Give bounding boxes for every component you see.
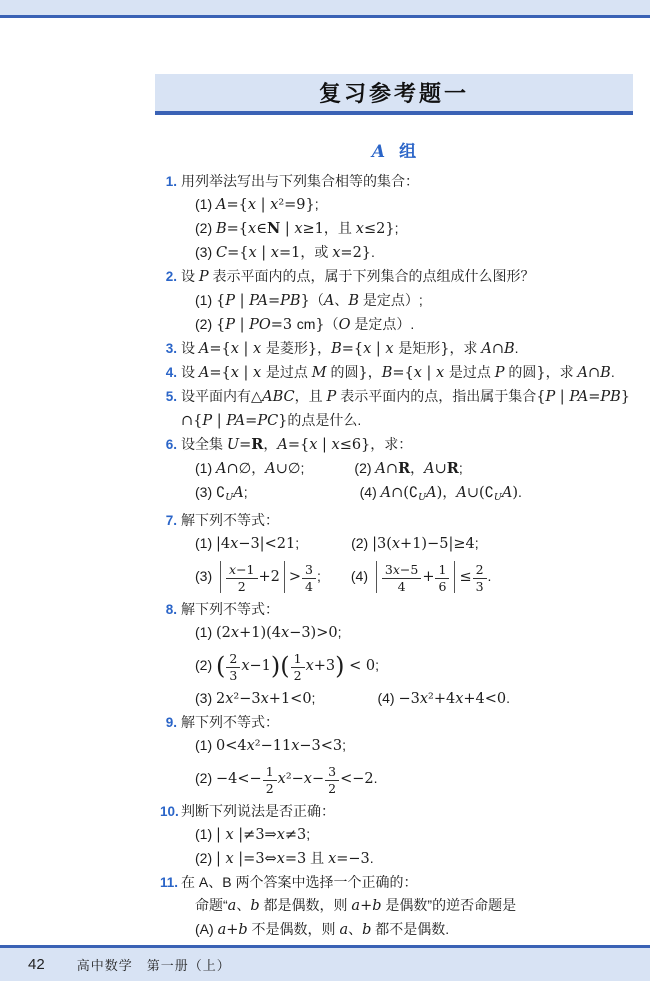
math-variable: x xyxy=(225,691,233,707)
problem-item: 2.设 P 表示平面内的点，属于下列集合的点组成什么图形？(1) {P | PA… xyxy=(160,265,642,337)
math-run: 2x²−3x+1<0 xyxy=(216,691,312,707)
text-run: 设 xyxy=(181,268,199,284)
text-run: 都不是偶数. xyxy=(371,921,449,937)
math-variable: x xyxy=(291,738,299,754)
math-run: O xyxy=(339,317,351,333)
text-run: 表示平面内的点，属于下列集合的点组成什么图形？ xyxy=(209,268,535,284)
section-letter: A xyxy=(372,142,385,162)
problem-body: 解下列不等式：(1) (2x+1)(4x−3)>0;(2) (23x−1)(12… xyxy=(181,598,642,711)
problem-line: (1) A∩∅，A∪∅;(2) A∩R，A∪R; xyxy=(181,457,642,481)
text-run: 是定点）. xyxy=(351,316,415,332)
page-number: 42 xyxy=(28,956,45,973)
text-run: (1) xyxy=(195,196,216,212)
text-run: 不是偶数，则 xyxy=(248,921,340,937)
problem-line: (2) {P | PO=3 cm}（O 是定点）. xyxy=(181,313,642,337)
math-subscript: U xyxy=(494,492,502,503)
problems-list: 1.用列举法写出与下列集合相等的集合：(1) A={x | x²=9};(2) … xyxy=(160,170,642,966)
problem-line: 设平面内有△ABC，且 P 表示平面内的点，指出属于集合{P | PA=PB} xyxy=(181,385,642,409)
math-variable: x xyxy=(231,341,239,357)
section-label: 组 xyxy=(399,142,416,161)
text-run: ， xyxy=(368,364,382,380)
math-run: A∩B xyxy=(578,365,611,381)
math-variable: x xyxy=(231,625,239,641)
math-variable: x xyxy=(231,365,239,381)
math-variable: x xyxy=(278,771,286,787)
math-variable: x xyxy=(436,365,444,381)
fraction-numerator: 3 xyxy=(325,765,339,781)
absolute-value-bar xyxy=(284,561,285,593)
text-run: 且 xyxy=(306,850,328,866)
math-variable: B xyxy=(504,341,515,357)
column-gap xyxy=(299,547,351,548)
problem-item: 9.解下列不等式：(1) 0<4x²−11x−3<3;(2) −4<−12x²−… xyxy=(160,711,642,800)
problem-line: (1) | x |≠3⇒x≠3; xyxy=(181,823,642,847)
text-run: (1) xyxy=(195,460,216,476)
fraction-denominator: 2 xyxy=(263,781,277,796)
section-heading: A组 xyxy=(155,137,633,162)
math-run: B={x | x xyxy=(382,365,449,381)
problem-number: 7. xyxy=(160,509,177,532)
problem-number: 10. xyxy=(160,800,177,823)
math-variable: x xyxy=(277,851,285,867)
text-run: ; xyxy=(244,484,248,500)
text-run: . xyxy=(370,850,374,866)
math-run: P xyxy=(495,365,505,381)
text-run: (2) xyxy=(351,535,372,551)
math-variable: x xyxy=(385,341,393,357)
math-variable: x xyxy=(261,691,269,707)
text-run: 解下列不等式： xyxy=(181,714,279,730)
text-run: (3) xyxy=(195,690,216,706)
problem-line: 解下列不等式： xyxy=(181,711,642,734)
math-variable: PA xyxy=(569,389,588,405)
fraction: 23 xyxy=(226,652,240,684)
math-variable: x xyxy=(271,245,279,261)
math-variable: U xyxy=(227,437,239,453)
textbook-page: { "page": { "title": "复习参考题一", "section_… xyxy=(0,0,650,981)
math-run: a+b xyxy=(218,922,248,938)
fraction-denominator: 4 xyxy=(302,579,316,594)
text-run: ; xyxy=(295,535,299,551)
text-run: ，求 xyxy=(546,364,578,380)
math-variable: A xyxy=(456,485,466,501)
math-run: | x≥1 xyxy=(280,221,324,237)
problem-item: 7.解下列不等式：(1) |4x−3|<21;(2) |3(x+1)−5|≥4;… xyxy=(160,509,642,598)
math-run: a+b xyxy=(351,898,381,914)
math-variable: PA xyxy=(226,413,245,429)
math-run: A∩B xyxy=(481,341,514,357)
math-run: +2 xyxy=(259,569,280,585)
fraction: 16 xyxy=(435,563,449,595)
fraction-denominator: 3 xyxy=(226,668,240,683)
problem-number: 9. xyxy=(160,711,177,734)
text-run: . xyxy=(611,364,615,380)
math-variable: P xyxy=(225,293,235,309)
text-run: （ xyxy=(325,316,339,332)
math-variable: a xyxy=(339,922,348,938)
text-run: ; xyxy=(395,220,399,236)
math-run: | x |=3⇔x=3 xyxy=(216,851,306,867)
math-variable: PA xyxy=(249,293,268,309)
text-run: (1) xyxy=(195,292,216,308)
math-run: {P | PA=PB} xyxy=(536,389,630,405)
math-variable: x xyxy=(294,221,302,237)
problem-line: (2) B={x∈N | x≥1，且 x≤2}; xyxy=(181,217,642,241)
text-run: ，或 xyxy=(300,244,332,260)
fraction-denominator: 3 xyxy=(473,579,487,594)
text-run: (1) xyxy=(195,737,216,753)
fraction-denominator: 2 xyxy=(291,668,305,683)
fraction-denominator: 4 xyxy=(382,579,421,594)
text-run: 设 xyxy=(181,340,199,356)
text-run: (4) xyxy=(360,484,381,500)
math-run: △ABC xyxy=(251,389,295,405)
text-run: 都是偶数，则 xyxy=(260,897,352,913)
math-run: x−1 xyxy=(241,658,271,674)
problem-item: 6.设全集 U=R，A={x | x≤6}，求：(1) A∩∅，A∪∅;(2) … xyxy=(160,433,642,509)
math-variable: x xyxy=(455,691,463,707)
problem-number: 11. xyxy=(160,871,177,894)
math-run: B xyxy=(348,293,359,309)
math-variable: x xyxy=(248,197,256,213)
text-run: ， xyxy=(442,484,456,500)
problem-number: 6. xyxy=(160,433,177,456)
math-run: } xyxy=(315,317,324,333)
math-run: C={x | x=1 xyxy=(216,245,300,261)
math-variable: B xyxy=(382,365,393,381)
text-run: 是过点 xyxy=(266,364,312,380)
problem-line: 命题“a、b 都是偶数，则 a+b 是偶数”的逆否命题是 xyxy=(181,894,642,918)
math-run: <−2 xyxy=(340,771,374,787)
math-variable: O xyxy=(339,317,351,333)
big-paren: ( xyxy=(280,652,289,680)
fraction-numerator: 1 xyxy=(263,765,277,781)
text-run: ，求： xyxy=(370,436,412,452)
math-run: | x |≠3⇒x≠3 xyxy=(216,827,306,843)
text-run: 设全集 xyxy=(181,436,227,452)
fraction-denominator: 2 xyxy=(226,579,258,594)
math-run: |4x−3|<21 xyxy=(216,536,295,552)
problem-item: 5.设平面内有△ABC，且 P 表示平面内的点，指出属于集合{P | PA=PB… xyxy=(160,385,642,433)
math-run: ∩{P | PA=PC} xyxy=(181,413,287,429)
math-run: A∩ xyxy=(375,461,398,477)
fraction-numerator: 1 xyxy=(291,652,305,668)
problem-body: 解下列不等式：(1) 0<4x²−11x−3<3;(2) −4<−12x²−x−… xyxy=(181,711,642,800)
math-run: } xyxy=(358,365,367,381)
math-variable: x xyxy=(420,691,428,707)
text-run: . xyxy=(371,244,375,260)
math-run: A∩(∁ xyxy=(381,485,419,501)
text-run: 是菱形 xyxy=(266,340,308,356)
math-variable: b xyxy=(372,898,381,914)
math-variable: x xyxy=(363,341,371,357)
math-variable: A xyxy=(199,365,209,381)
problem-number: 5. xyxy=(160,385,177,408)
math-variable: x xyxy=(253,365,261,381)
problem-item: 8.解下列不等式：(1) (2x+1)(4x−3)>0;(2) (23x−1)(… xyxy=(160,598,642,711)
text-run: 是定点）; xyxy=(359,292,423,308)
absolute-value-bar xyxy=(220,561,221,593)
math-run: A∪(∁ xyxy=(456,485,494,501)
text-run: ， xyxy=(263,436,277,452)
fraction: 34 xyxy=(302,563,316,595)
math-run: A xyxy=(233,485,243,501)
math-run: −4<− xyxy=(216,771,262,787)
math-run: {P | PA=PB} xyxy=(216,293,310,309)
text-run: （ xyxy=(310,292,324,308)
math-variable: x xyxy=(356,221,364,237)
top-page-band xyxy=(0,0,650,18)
math-variable: A xyxy=(481,341,491,357)
math-variable: x xyxy=(306,658,314,674)
problem-line: 设 A={x | x 是过点 M 的圆}，B={x | x 是过点 P 的圆}，… xyxy=(181,361,642,385)
math-variable: x xyxy=(247,738,255,754)
math-variable: A xyxy=(324,293,334,309)
problem-body: 设全集 U=R，A={x | x≤6}，求：(1) A∩∅，A∪∅;(2) A∩… xyxy=(181,433,642,509)
absolute-value-bar xyxy=(376,561,377,593)
math-variable: A xyxy=(381,485,391,501)
fraction: 12 xyxy=(291,652,305,684)
text-run: 判断下列说法是否正确： xyxy=(181,803,335,819)
text-run: 、 xyxy=(334,292,348,308)
math-variable: x xyxy=(229,562,236,577)
problem-line: (1) A={x | x²=9}; xyxy=(181,193,642,217)
math-variable: P xyxy=(202,413,212,429)
text-run: . xyxy=(488,568,492,584)
math-variable: B xyxy=(348,293,359,309)
problem-line: 解下列不等式： xyxy=(181,509,642,532)
fraction: x−12 xyxy=(226,563,258,595)
math-variable: x xyxy=(277,827,285,843)
math-variable: x xyxy=(328,851,336,867)
math-variable: A xyxy=(233,485,243,501)
math-variable: b xyxy=(362,922,371,938)
text-run: 是矩形 xyxy=(398,340,440,356)
math-variable: B xyxy=(331,341,342,357)
math-run: } xyxy=(536,365,545,381)
math-variable: PB xyxy=(600,389,620,405)
problem-line: (1) (2x+1)(4x−3)>0; xyxy=(181,621,642,645)
text-run: (3) xyxy=(195,244,216,260)
text-run: ; xyxy=(317,568,321,584)
problem-number: 4. xyxy=(160,361,177,384)
math-run: A∩∅ xyxy=(216,461,251,477)
text-run: ， xyxy=(410,460,424,476)
math-run: a xyxy=(339,922,348,938)
text-run: (2) xyxy=(195,220,216,236)
math-run: B={x∈ xyxy=(216,221,267,237)
problem-line: ∩{P | PA=PC}的点是什么. xyxy=(181,409,642,433)
fraction: 12 xyxy=(263,765,277,797)
math-variable: A xyxy=(216,461,226,477)
text-run: 表示平面内的点，指出属于集合 xyxy=(336,388,536,404)
text-run: 是过点 xyxy=(449,364,495,380)
problem-number: 2. xyxy=(160,265,177,288)
text-run: ; xyxy=(306,826,310,842)
big-paren: ) xyxy=(271,652,280,680)
math-variable: x xyxy=(248,245,256,261)
math-set-symbol: R xyxy=(251,436,263,453)
problem-line: 解下列不等式： xyxy=(181,598,642,621)
math-variable: A xyxy=(265,461,275,477)
math-variable: x xyxy=(241,658,249,674)
fraction-numerator: x−1 xyxy=(226,563,258,579)
text-run: 设平面内有 xyxy=(181,388,251,404)
text-run: (A) xyxy=(195,921,218,937)
text-run: (1) xyxy=(195,624,216,640)
text-run: (2) xyxy=(195,850,216,866)
chapter-title-banner: 复习参考题一 xyxy=(155,74,633,115)
math-run: {P | PO=3 xyxy=(216,317,297,333)
math-variable: ABC xyxy=(262,389,295,405)
text-run: 的圆 xyxy=(505,364,537,380)
math-run: (2x+1)(4x−3)>0 xyxy=(216,625,338,641)
fraction-numerator: 1 xyxy=(435,563,449,579)
problem-body: 设 P 表示平面内的点，属于下列集合的点组成什么图形？(1) {P | PA=P… xyxy=(181,265,642,337)
math-run: M xyxy=(312,365,327,381)
math-run: B={x | x xyxy=(331,341,398,357)
problem-line: 设全集 U=R，A={x | x≤6}，求： xyxy=(181,433,642,457)
math-run: P xyxy=(199,269,209,285)
math-variable: P xyxy=(327,389,337,405)
math-variable: PO xyxy=(249,317,271,333)
math-run: ∁ xyxy=(216,485,225,501)
math-variable: A xyxy=(502,485,512,501)
math-variable: PB xyxy=(280,293,300,309)
math-variable: x xyxy=(230,536,238,552)
problem-line: 设 A={x | x 是菱形}，B={x | x 是矩形}，求 A∩B. xyxy=(181,337,642,361)
math-run: + xyxy=(422,569,434,585)
math-variable: x xyxy=(253,341,261,357)
math-variable: A xyxy=(578,365,588,381)
math-variable: a xyxy=(351,898,360,914)
fraction: 3x−54 xyxy=(382,563,421,595)
text-run: 用列举法写出与下列集合相等的集合： xyxy=(181,173,419,189)
problem-body: 用列举法写出与下列集合相等的集合：(1) A={x | x²=9};(2) B=… xyxy=(181,170,642,265)
math-run: b xyxy=(362,922,371,938)
text-run: 的点是什么. xyxy=(287,412,361,428)
page-footer: 42 高中数学 第一册（上） xyxy=(0,945,650,981)
math-run: A) xyxy=(426,485,442,501)
problem-line: (1) 0<4x²−11x−3<3; xyxy=(181,734,642,758)
math-variable: A xyxy=(277,437,287,453)
fraction: 23 xyxy=(473,563,487,595)
text-run: (1) xyxy=(195,826,216,842)
math-run: } xyxy=(308,341,317,357)
text-run: (2) xyxy=(195,657,216,673)
text-run: ; xyxy=(375,657,379,673)
column-gap xyxy=(321,580,351,581)
math-variable: x xyxy=(309,437,317,453)
fraction-denominator: 2 xyxy=(325,781,339,796)
problem-line: 在 A、B 两个答案中选择一个正确的： xyxy=(181,871,642,894)
math-variable: x xyxy=(332,245,340,261)
math-variable: x xyxy=(332,437,340,453)
problem-number: 1. xyxy=(160,170,177,193)
math-run: A={x | x²=9} xyxy=(216,197,315,213)
column-gap xyxy=(315,702,377,703)
column-gap xyxy=(304,472,354,473)
text-run: (2) xyxy=(354,460,375,476)
math-variable: C xyxy=(216,245,227,261)
text-run: ; xyxy=(475,535,479,551)
text-run: 是偶数”的逆否命题是 xyxy=(382,897,517,913)
math-run: A xyxy=(324,293,334,309)
math-run: b xyxy=(250,898,259,914)
math-variable: M xyxy=(312,365,327,381)
text-run: ; xyxy=(459,460,463,476)
text-run: . xyxy=(518,484,522,500)
math-variable: x xyxy=(248,221,256,237)
math-variable: x xyxy=(414,365,422,381)
fraction-numerator: 3x−5 xyxy=(382,563,421,579)
math-set-symbol: N xyxy=(267,220,280,237)
math-variable: B xyxy=(600,365,611,381)
math-variable: x xyxy=(270,197,278,213)
math-variable: P xyxy=(495,365,505,381)
math-run: A) xyxy=(502,485,518,501)
book-title: 高中数学 第一册（上） xyxy=(77,955,231,974)
math-run: x²−x− xyxy=(278,771,325,787)
math-variable: A xyxy=(216,197,226,213)
big-paren: ( xyxy=(216,652,225,680)
problem-line: (2) | x |=3⇔x=3 且 x=−3. xyxy=(181,847,642,871)
problem-body: 判断下列说法是否正确：(1) | x |≠3⇒x≠3;(2) | x |=3⇔x… xyxy=(181,800,642,871)
problem-line: 用列举法写出与下列集合相等的集合： xyxy=(181,170,642,193)
math-run: x+3 xyxy=(306,658,336,674)
problem-item: 1.用列举法写出与下列集合相等的集合：(1) A={x | x²=9};(2) … xyxy=(160,170,642,265)
text-run: ; xyxy=(315,196,319,212)
math-variable: x xyxy=(392,536,400,552)
text-run: 的圆 xyxy=(327,364,359,380)
math-run: A∪ xyxy=(424,461,447,477)
math-variable: x xyxy=(281,625,289,641)
math-variable: A xyxy=(426,485,436,501)
text-run: ， xyxy=(317,340,331,356)
problem-body: 设平面内有△ABC，且 P 表示平面内的点，指出属于集合{P | PA=PB}∩… xyxy=(181,385,642,433)
math-variable: A xyxy=(424,461,434,477)
problem-line: (1) |4x−3|<21;(2) |3(x+1)−5|≥4; xyxy=(181,532,642,556)
math-run: < 0 xyxy=(345,658,376,674)
text-run: ，且 xyxy=(324,220,356,236)
math-run: x≤2} xyxy=(356,221,395,237)
big-paren: ) xyxy=(335,652,344,680)
text-run: 解下列不等式： xyxy=(181,512,279,528)
math-variable: x xyxy=(304,771,312,787)
math-run: P xyxy=(327,389,337,405)
math-run: |3(x+1)−5|≥4 xyxy=(372,536,475,552)
text-run: (3) xyxy=(195,484,216,500)
fraction-numerator: 2 xyxy=(226,652,240,668)
text-run: (2) xyxy=(195,770,216,786)
text-run: 设 xyxy=(181,364,199,380)
problem-item: 3.设 A={x | x 是菱形}，B={x | x 是矩形}，求 A∩B. xyxy=(160,337,642,361)
problem-line: (A) a+b 不是偶数，则 a、b 都不是偶数. xyxy=(181,918,642,942)
text-run: ; xyxy=(301,460,305,476)
fraction-numerator: 3 xyxy=(302,563,316,579)
math-run: x=−3 xyxy=(328,851,370,867)
math-variable: P xyxy=(199,269,209,285)
problem-body: 解下列不等式：(1) |4x−3|<21;(2) |3(x+1)−5|≥4;(3… xyxy=(181,509,642,598)
math-variable: P xyxy=(545,389,555,405)
math-run: > xyxy=(289,569,301,585)
text-run: 解下列不等式： xyxy=(181,601,279,617)
math-set-symbol: R xyxy=(447,460,459,477)
math-run: A={x | x xyxy=(199,341,266,357)
page-title: 复习参考题一 xyxy=(319,77,469,108)
math-variable: PC xyxy=(257,413,278,429)
problem-number: 3. xyxy=(160,337,177,360)
